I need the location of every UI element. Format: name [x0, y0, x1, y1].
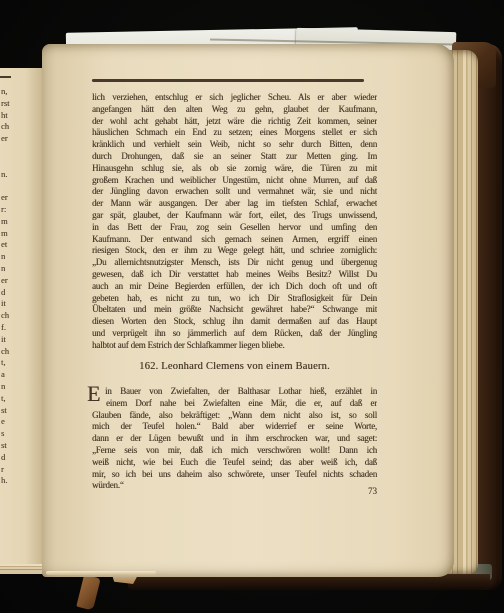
text-line: in Bauer von Zwiefalten, der Balthasar L… — [92, 386, 377, 398]
text-line: und verprügelt ihn so jämmerlich auf dem… — [92, 328, 377, 340]
text-line: weiß nicht, wie bei Euch die Teufel sein… — [92, 457, 377, 469]
text-line: der Mann wär ausgangen. Der aber lag im … — [92, 198, 377, 210]
text-line: „Ferne seis von mir, daß ich mich versch… — [92, 445, 377, 457]
section-divider-rule — [92, 79, 364, 82]
text-line: der Jüngling davon erwachen sollt und ve… — [92, 186, 377, 198]
page-bottom-edge-highlight — [46, 571, 156, 575]
text-line: Hinausgehn schlug sie, als ob sie zornig… — [92, 163, 377, 175]
text-line: Glauben fände, also bekräftiget: „Wann d… — [92, 410, 377, 422]
section-heading: 162. Leonhard Clemens von einem Bauern. — [92, 361, 377, 372]
clasp-strap-remnant — [76, 574, 100, 610]
text-line: einem Dorf nahe bei Zwiefalten eine Mär,… — [92, 398, 377, 410]
paragraph-tale: in Bauer von Zwiefalten, der Balthasar L… — [92, 386, 377, 492]
text-line: auch an mir Deine Begierden erfüllen, de… — [92, 281, 377, 293]
text-line: halbtot auf dem Estrich der Schlafkammer… — [92, 340, 377, 352]
text-line: gar spät, glaubet, der Kaufmann wär fort… — [92, 210, 377, 222]
text-line: angefangen hätt den alten Weg zu gehn, g… — [92, 104, 377, 116]
text-line: „Du allernichtsnutzigster Mensch, ists D… — [92, 257, 377, 269]
text-line: mir, so ich bei uns daheim also schwöret… — [92, 469, 377, 481]
text-line: lich verziehen, entschlug er sich jeglic… — [92, 92, 377, 104]
text-line: häuslichen Schmach ein End zu setzen; ei… — [92, 127, 377, 139]
left-page-text-fragments: n, rst ht ch er n. er r: m m et n n er d… — [1, 86, 15, 487]
text-line: riesigen Stock, den er ihm zu Wege geleg… — [92, 245, 377, 257]
text-line: dann er der Lügen bewußt und in ihm ersc… — [92, 433, 377, 445]
left-page-bottom-edges — [0, 564, 44, 574]
left-page-rule-end — [0, 76, 11, 78]
book-photo: n, rst ht ch er n. er r: m m et n n er d… — [0, 0, 504, 613]
text-line: gebeten hab, es nicht zu tun, wo ich Dir… — [92, 293, 377, 305]
text-line: Kaufmann. Der entwand sich gemach seinen… — [92, 234, 377, 246]
text-line: mich der Teufel holen.“ Bald aber widerr… — [92, 421, 377, 433]
text-line: in das Bett der Frau, zog sein Gesellen … — [92, 222, 377, 234]
text-line: diesen Worten den Stock, schlug ihn dami… — [92, 316, 377, 328]
text-line: Übeltaten und mein größte Nachsicht gewä… — [92, 304, 377, 316]
paragraph-continuation: lich verziehen, entschlug er sich jeglic… — [92, 92, 377, 352]
text-line: der wohl acht gehabt hätt, jetzt wäre di… — [92, 116, 377, 128]
text-line: kränklich und verhielt sein Weib, nicht … — [92, 139, 377, 151]
text-line: durch Drohungen, daß sie an seiner Statt… — [92, 151, 377, 163]
text-line: großem Krachen und weiblicher Ungestüm, … — [92, 175, 377, 187]
page-number: 73 — [368, 486, 377, 496]
text-line: würden.“ — [92, 480, 377, 492]
text-line: gewesen, daß ich Dir verstattet hab mein… — [92, 269, 377, 281]
